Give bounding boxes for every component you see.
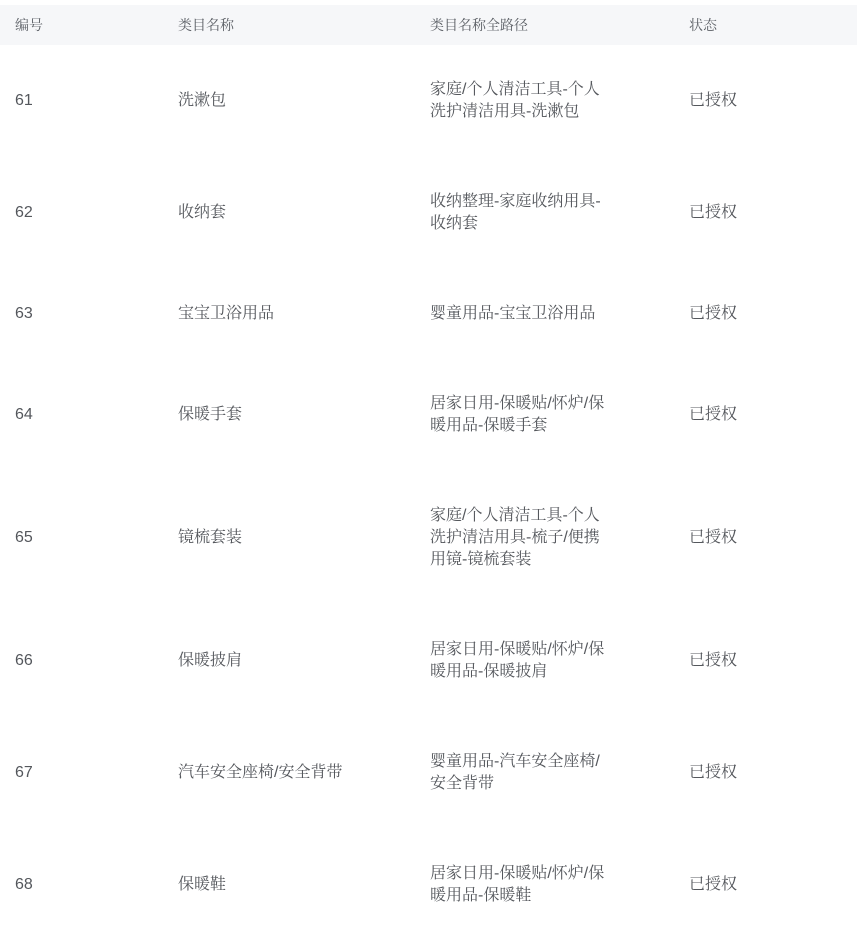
- cell-name: 保暖手套: [178, 404, 430, 426]
- cell-status: 已授权: [689, 650, 857, 672]
- cell-path: 居家日用-保暖贴/怀炉/保暖用品-保暖披肩: [430, 639, 615, 683]
- cell-path: 婴童用品-汽车安全座椅/安全背带: [430, 751, 615, 795]
- cell-name: 收纳套: [178, 202, 430, 224]
- cell-id: 67: [0, 762, 178, 784]
- cell-name: 汽车安全座椅/安全背带: [178, 762, 430, 784]
- table-row: 65 镜梳套装 家庭/个人清洁工具-个人洗护清洁用具-梳子/便携用镜-镜梳套装 …: [0, 471, 857, 605]
- category-table: 编号 类目名称 类目名称全路径 状态 61 洗漱包 家庭/个人清洁工具-个人洗护…: [0, 0, 857, 941]
- cell-path: 收纳整理-家庭收纳用具-收纳套: [430, 191, 615, 235]
- cell-id: 65: [0, 527, 178, 549]
- cell-status: 已授权: [689, 762, 857, 784]
- table-row: 63 宝宝卫浴用品 婴童用品-宝宝卫浴用品 已授权: [0, 269, 857, 359]
- cell-status: 已授权: [689, 202, 857, 224]
- table-row: 68 保暖鞋 居家日用-保暖贴/怀炉/保暖用品-保暖鞋 已授权: [0, 829, 857, 941]
- cell-status: 已授权: [689, 527, 857, 549]
- cell-name: 洗漱包: [178, 90, 430, 112]
- column-header-path: 类目名称全路径: [430, 15, 689, 35]
- cell-path: 家庭/个人清洁工具-个人洗护清洁用具-梳子/便携用镜-镜梳套装: [430, 505, 615, 571]
- cell-id: 64: [0, 404, 178, 426]
- cell-name: 保暖鞋: [178, 874, 430, 896]
- cell-path: 居家日用-保暖贴/怀炉/保暖用品-保暖鞋: [430, 863, 615, 907]
- table-row: 61 洗漱包 家庭/个人清洁工具-个人洗护清洁用具-洗漱包 已授权: [0, 45, 857, 157]
- cell-id: 68: [0, 874, 178, 896]
- table-header-row: 编号 类目名称 类目名称全路径 状态: [0, 5, 857, 45]
- cell-id: 66: [0, 650, 178, 672]
- cell-id: 62: [0, 202, 178, 224]
- cell-status: 已授权: [689, 874, 857, 896]
- cell-id: 61: [0, 90, 178, 112]
- cell-status: 已授权: [689, 404, 857, 426]
- table-row: 62 收纳套 收纳整理-家庭收纳用具-收纳套 已授权: [0, 157, 857, 269]
- table-row: 66 保暖披肩 居家日用-保暖贴/怀炉/保暖用品-保暖披肩 已授权: [0, 605, 857, 717]
- cell-path: 婴童用品-宝宝卫浴用品: [430, 303, 615, 325]
- column-header-status: 状态: [689, 15, 857, 35]
- category-authorization-page: 编号 类目名称 类目名称全路径 状态 61 洗漱包 家庭/个人清洁工具-个人洗护…: [0, 0, 857, 943]
- cell-path: 居家日用-保暖贴/怀炉/保暖用品-保暖手套: [430, 393, 615, 437]
- cell-id: 63: [0, 303, 178, 325]
- cell-name: 镜梳套装: [178, 527, 430, 549]
- column-header-name: 类目名称: [178, 15, 430, 35]
- cell-name: 保暖披肩: [178, 650, 430, 672]
- cell-status: 已授权: [689, 303, 857, 325]
- table-row: 64 保暖手套 居家日用-保暖贴/怀炉/保暖用品-保暖手套 已授权: [0, 359, 857, 471]
- table-row: 67 汽车安全座椅/安全背带 婴童用品-汽车安全座椅/安全背带 已授权: [0, 717, 857, 829]
- cell-path: 家庭/个人清洁工具-个人洗护清洁用具-洗漱包: [430, 79, 615, 123]
- cell-status: 已授权: [689, 90, 857, 112]
- column-header-id: 编号: [0, 15, 178, 35]
- cell-name: 宝宝卫浴用品: [178, 303, 430, 325]
